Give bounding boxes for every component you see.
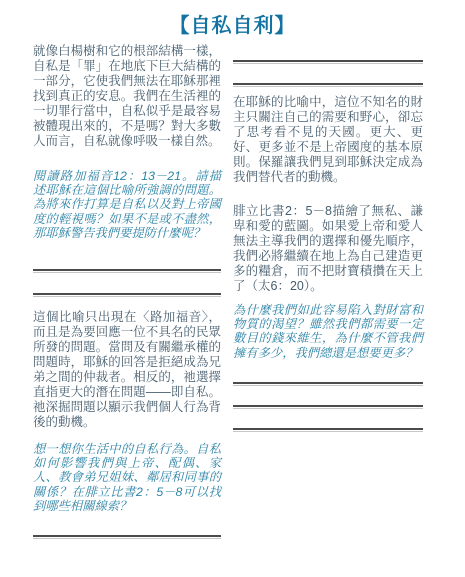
answer-line <box>233 83 423 87</box>
answer-line <box>33 293 221 297</box>
answer-line <box>233 428 423 432</box>
page-title: 【自私自利】 <box>0 9 465 38</box>
right-paragraph-2: 腓立比書2：5－8描繪了無私、謙卑和愛的藍圖。如果愛上帝和愛人無法主導我們的選擇… <box>233 204 423 294</box>
right-column: 在耶穌的比喻中，這位不知名的財主只關注自己的需要和野心，卻忘了思考看不見的天國。… <box>233 60 423 432</box>
answer-line <box>33 269 221 273</box>
left-discussion-question-2: 想一想你生活中的自私行為。自私如何影響我們與上帝、配偶、家人、教會弟兄姐妹、鄰居… <box>33 442 221 513</box>
left-discussion-question-1: 閱讀路加福音12：13－21。請描述耶穌在這個比喻所強調的問題。為將來作打算是自… <box>33 169 221 240</box>
answer-line <box>233 405 423 409</box>
left-paragraph-2: 這個比喻只出現在〈路加福音〉，而且是為要回應一位不具名的民眾所發的問題。當問及有… <box>33 310 221 430</box>
answer-line <box>33 535 221 539</box>
left-column: 就像白楊樹和它的根部結構一樣，自私是「罪」在地底下巨大結構的一部分，它使我們無法… <box>33 44 221 539</box>
answer-line <box>233 382 423 386</box>
right-paragraph-1: 在耶穌的比喻中，這位不知名的財主只關注自己的需要和野心，卻忘了思考看不見的天國。… <box>233 95 423 185</box>
answer-line <box>233 60 423 64</box>
right-discussion-question-1: 為什麼我們如此容易陷入對財富和物質的渴望？雖然我們都需要一定數目的錢來維生，為什… <box>233 303 423 360</box>
left-paragraph-1: 就像白楊樹和它的根部結構一樣，自私是「罪」在地底下巨大結構的一部分，它使我們無法… <box>33 44 221 149</box>
